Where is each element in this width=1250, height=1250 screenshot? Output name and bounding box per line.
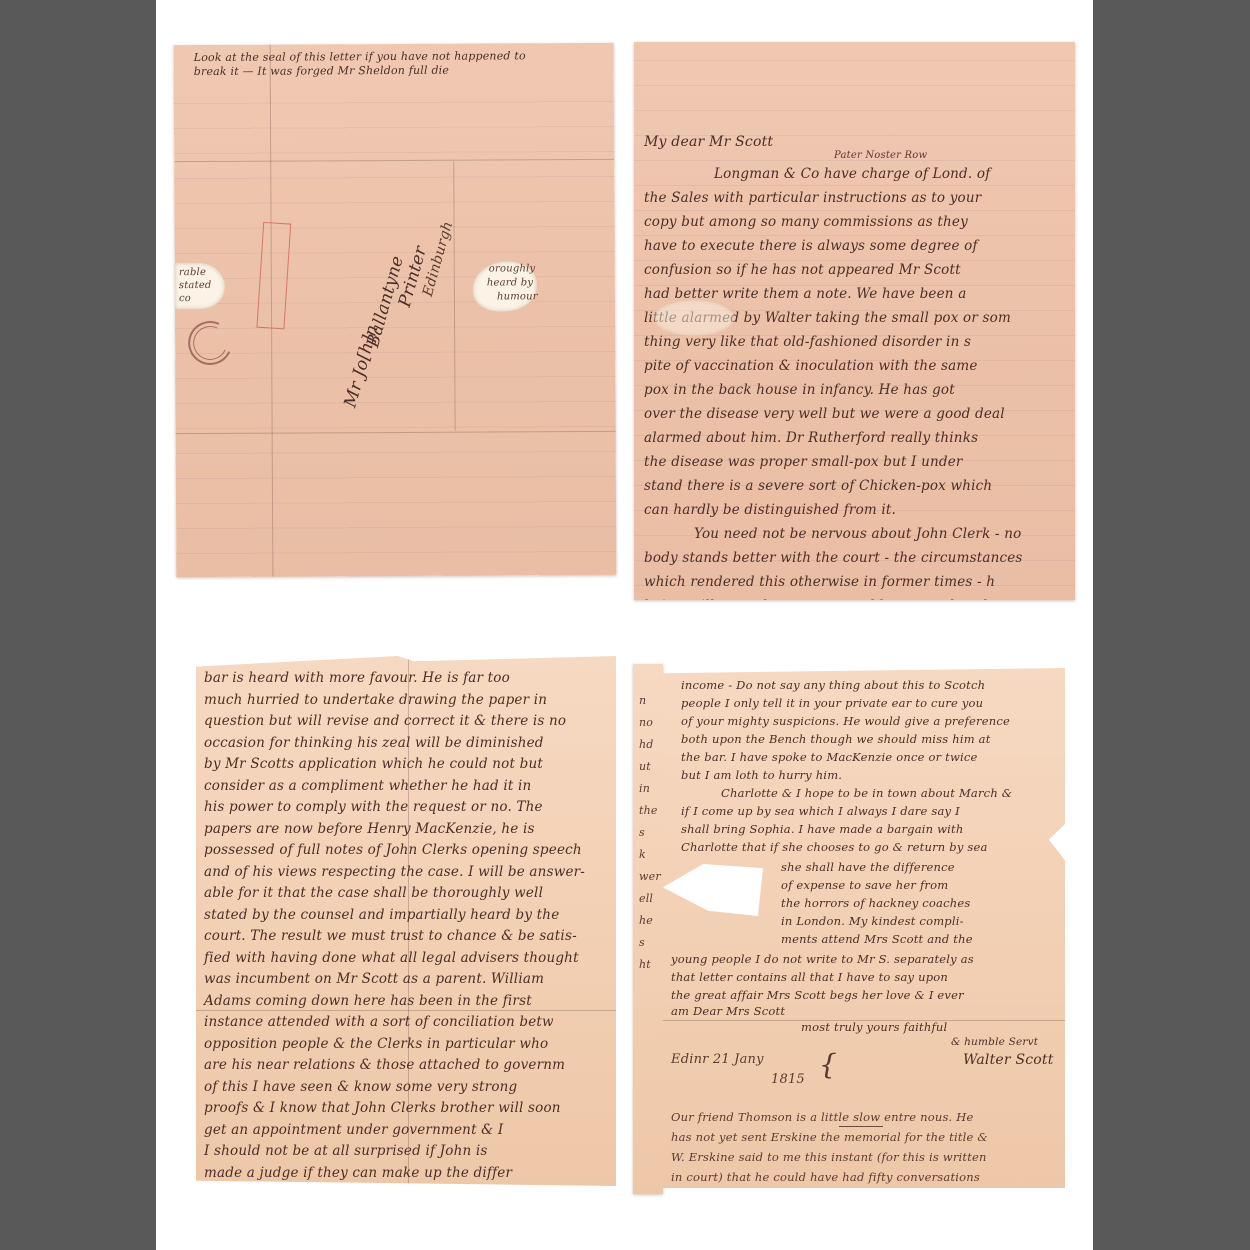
margin-fragment: s	[639, 936, 645, 949]
tear-fragment-text: co	[179, 293, 191, 304]
letter-line: Charlotte that if she chooses to go & re…	[681, 840, 988, 854]
letter-line: of this I have seen & know some very str…	[204, 1079, 517, 1095]
cover-note-line: break it — It was forged Mr Sheldon full…	[194, 64, 449, 78]
letter-line: she shall have the difference	[781, 860, 955, 874]
letter-line: You need not be nervous about John Clerk…	[694, 526, 1021, 542]
fold-line	[196, 1010, 616, 1011]
circular-postmark	[182, 315, 239, 372]
postscript-line: in court) that he could have had fifty c…	[671, 1170, 980, 1184]
letter-line: pox in the back house in infancy. He has…	[644, 382, 955, 398]
letter-line: are his near relations & those attached …	[204, 1057, 565, 1073]
letter-line: his power to comply with the request or …	[204, 799, 543, 815]
letter-line: body stands better with the court - the …	[644, 550, 1023, 566]
letter-line: possessed of full notes of John Clerks o…	[204, 842, 582, 858]
fold-line	[453, 162, 455, 431]
letter-line: over the disease very well but we were a…	[644, 406, 1005, 422]
letter-line: the bar. I have spoke to MacKenzie once …	[681, 750, 978, 764]
letter-line: people I only tell it in your private ea…	[681, 696, 983, 710]
letter-line: of your mighty suspicions. He would give…	[681, 714, 1010, 728]
tear-fragment-text: humour	[497, 291, 538, 302]
fold-line	[176, 431, 616, 434]
seal-hole	[663, 864, 763, 916]
margin-fragment: in	[639, 782, 650, 795]
sender-location: Pater Noster Row	[834, 150, 927, 161]
postscript-line: has not yet sent Erskine the memorial fo…	[671, 1130, 988, 1144]
letter-line: young people I do not write to Mr S. sep…	[671, 952, 974, 966]
letter-line: ments attend Mrs Scott and the	[781, 932, 973, 946]
tear-fragment-text: oroughly	[489, 263, 536, 274]
letter-line: was incumbent on Mr Scott as a parent. W…	[204, 971, 544, 987]
letter-line: copy but among so many commissions as th…	[644, 214, 968, 230]
letter-line: by Mr Scotts application which he could …	[204, 756, 543, 772]
show-through-lines	[174, 83, 617, 577]
letter-page-3-sheet: income - Do not say any thing about this…	[663, 668, 1065, 1188]
letter-line: papers are now before Henry MacKenzie, h…	[204, 821, 535, 837]
letter-line: of expense to save her from	[781, 878, 948, 892]
margin-fragment: no	[639, 716, 653, 729]
valediction: & humble Servt	[951, 1036, 1038, 1048]
letter-line: have to execute there is always some deg…	[644, 238, 978, 254]
letter-line: can hardly be distinguished from it.	[644, 502, 896, 518]
letter-line: made a judge if they can make up the dif…	[204, 1165, 512, 1181]
letter-line: but I am loth to hurry him.	[681, 768, 842, 782]
seal-tear	[654, 300, 734, 336]
letter-line: alarmed about him. Dr Rutherford really …	[644, 430, 978, 446]
letter-line: that letter contains all that I have to …	[671, 970, 948, 984]
letter-line: court. The result we must trust to chanc…	[204, 928, 577, 944]
tear-fragment-text: stated	[179, 280, 212, 291]
photo-letter-cover: Look at the seal of this letter if you h…	[156, 0, 618, 610]
signature: Walter Scott	[963, 1052, 1054, 1068]
letter-line: I should not be at all surprised if John…	[204, 1143, 488, 1159]
letter-page-1-sheet: My dear Mr Scott Pater Noster Row Longma…	[634, 42, 1075, 600]
letter-line: question but will revise and correct it …	[204, 713, 566, 729]
letter-line: much hurried to undertake drawing the pa…	[204, 692, 547, 708]
letter-line: Longman & Co have charge of Lond. of	[714, 166, 990, 182]
letter-line: shall bring Sophia. I have made a bargai…	[681, 822, 964, 836]
margin-fragment: k	[639, 848, 646, 861]
salutation: My dear Mr Scott	[644, 134, 773, 150]
margin-fragment: ell	[639, 892, 653, 905]
photo-letter-page-2: bar is heard with more favour. He is far…	[156, 628, 618, 1250]
letter-line: occasion for thinking his zeal will be d…	[204, 735, 544, 751]
date-brace: {	[819, 1048, 837, 1081]
cover-note-line: Look at the seal of this letter if you h…	[194, 49, 526, 64]
margin-fragment: wer	[639, 870, 661, 883]
letter-line: the Sales with particular instructions a…	[644, 190, 981, 206]
letter-line: stated by the counsel and impartially he…	[204, 907, 559, 923]
letter-line: the disease was proper small-pox but I u…	[644, 454, 963, 470]
letter-line: proofs & I know that John Clerks brother…	[204, 1100, 561, 1116]
letter-line: income - Do not say any thing about this…	[681, 678, 985, 692]
tear-fragment-text: rable	[179, 267, 206, 278]
letter-line: both upon the Bench though we should mis…	[681, 732, 991, 746]
margin-fragment: ut	[639, 760, 651, 773]
letter-line: opposition people & the Clerks in partic…	[204, 1036, 548, 1052]
photo-letter-page-1: My dear Mr Scott Pater Noster Row Longma…	[631, 0, 1093, 610]
letter-line: in London. My kindest compli-	[781, 914, 964, 928]
letter-line: confusion so if he has not appeared Mr S…	[644, 262, 961, 278]
margin-fragment: s	[639, 826, 645, 839]
image-canvas: Look at the seal of this letter if you h…	[156, 0, 1093, 1250]
margin-fragment: hd	[639, 738, 654, 751]
letter-line: instance attended with a sort of concili…	[204, 1014, 554, 1030]
postscript-line: Our friend Thomson is a little slow entr…	[671, 1110, 974, 1124]
photo-letter-page-3: n no hd ut in the s k wer ell he s ht in…	[631, 628, 1093, 1250]
letter-line: stand there is a severe sort of Chicken-…	[644, 478, 992, 494]
letter-line: fied with having done what all legal adv…	[204, 950, 579, 966]
letter-line: if I come up by sea which I always I dar…	[681, 804, 960, 818]
place-date: Edinr 21 Jany	[671, 1052, 764, 1067]
letter-line: the horrors of hackney coaches	[781, 896, 970, 910]
previous-page-edge: n no hd ut in the s k wer ell he s ht	[633, 664, 663, 1194]
letter-line: the great affair Mrs Scott begs her love…	[671, 988, 964, 1002]
margin-fragment: he	[639, 914, 653, 927]
red-frame-stamp	[256, 222, 291, 330]
year: 1815	[771, 1072, 805, 1087]
margin-fragment: n	[639, 694, 646, 707]
letter-line: am Dear Mrs Scott	[671, 1004, 785, 1018]
underline-mark	[839, 1126, 883, 1127]
letter-cover-sheet: Look at the seal of this letter if you h…	[174, 43, 617, 577]
letter-line: which rendered this otherwise in former …	[644, 574, 995, 590]
postscript-line: W. Erskine said to me this instant (for …	[671, 1150, 987, 1164]
fold-line	[174, 159, 614, 162]
letter-line: consider as a compliment whether he had …	[204, 778, 531, 794]
tear-fragment-text: heard by	[487, 277, 533, 288]
letter-page-2-sheet: bar is heard with more favour. He is far…	[196, 656, 616, 1186]
letter-line: Adams coming down here has been in the f…	[204, 993, 532, 1009]
letter-line: able for it that the case shall be thoro…	[204, 885, 543, 901]
letter-line: pite of vaccination & inoculation with t…	[644, 358, 978, 374]
margin-fragment: the	[639, 804, 658, 817]
letter-line: and of his views respecting the case. I …	[204, 864, 585, 880]
margin-fragment: ht	[639, 958, 651, 971]
letter-line: being still ceased to operate and he cou…	[644, 598, 1000, 600]
letter-line: get an appointment under government & I	[204, 1122, 503, 1138]
letter-line: Charlotte & I hope to be in town about M…	[721, 786, 1012, 800]
letter-line: bar is heard with more favour. He is far…	[204, 670, 510, 686]
letter-line: thing very like that old-fashioned disor…	[644, 334, 971, 350]
valediction: most truly yours faithful	[801, 1020, 947, 1034]
